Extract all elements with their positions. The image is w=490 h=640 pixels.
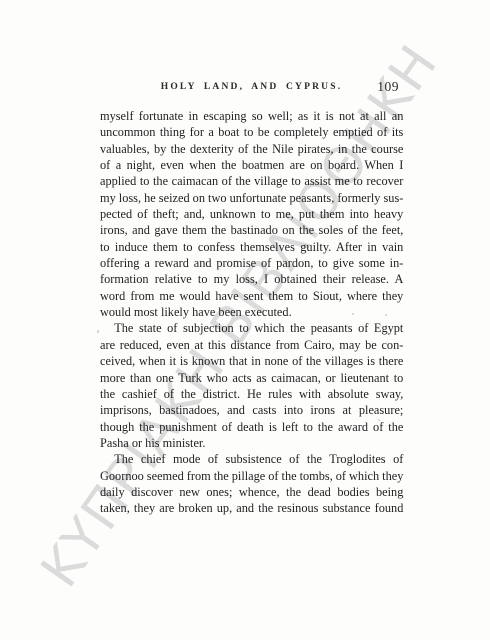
text-line: formation relative to my loss, I obtaine… (100, 271, 403, 287)
scan-speck (385, 314, 387, 316)
book-page: ΚΥΠΡΙΑΚΗ ΒΙΒΛΙΟΘΗΚΗ HOLY LAND, AND CYPRU… (0, 0, 490, 640)
text-line: ceived, when it is known that in none of… (100, 353, 403, 369)
text-line: applied to the caimacan of the village t… (100, 173, 403, 189)
text-line: my loss, he seized on two unfortunate pe… (100, 190, 403, 206)
text-line: valuables, by the dexterity of the Nile … (100, 141, 403, 157)
text-line: Pasha or his minister. (100, 435, 403, 451)
text-line: offering a reward and promise of pardon,… (100, 255, 403, 271)
text-line: Goornoo seemed from the pillage of the t… (100, 468, 403, 484)
text-line: imprisons, bastinadoes, and casts into i… (100, 402, 403, 418)
text-line: to induce them to confess themselves gui… (100, 239, 403, 255)
scan-speck (352, 313, 354, 315)
text-line: are reduced, even at this distance from … (100, 337, 403, 353)
scan-speck (97, 330, 99, 333)
text-line: of a night, even when the boatmen are on… (100, 157, 403, 173)
text-line: though the punishment of death is left t… (100, 419, 403, 435)
text-block: myself fortunate in escaping so well; as… (100, 108, 403, 517)
text-line: uncommon thing for a boat to be complete… (100, 124, 403, 140)
text-line: word from me would have sent them to Sio… (100, 288, 403, 304)
text-line: more than one Turk who acts as caimacan,… (100, 370, 403, 386)
running-title: HOLY LAND, AND CYPRUS. (100, 82, 403, 92)
page-header: HOLY LAND, AND CYPRUS. 109 (100, 82, 403, 98)
text-line: The chief mode of subsistence of the Tro… (100, 451, 403, 467)
scan-speck (378, 419, 380, 421)
text-line: daily discover new ones; whence, the dea… (100, 484, 403, 500)
text-line: irons, and gave them the bastinado on th… (100, 222, 403, 238)
page-number: 109 (377, 79, 399, 95)
text-line: the cashief of the district. He rules wi… (100, 386, 403, 402)
text-line: would most likely have been executed. (100, 304, 403, 320)
text-line: pected of theft; and, unknown to me, put… (100, 206, 403, 222)
text-line: The state of subjection to which the pea… (100, 320, 403, 336)
text-line: myself fortunate in escaping so well; as… (100, 108, 403, 124)
text-line: taken, they are broken up, and the resin… (100, 500, 403, 516)
